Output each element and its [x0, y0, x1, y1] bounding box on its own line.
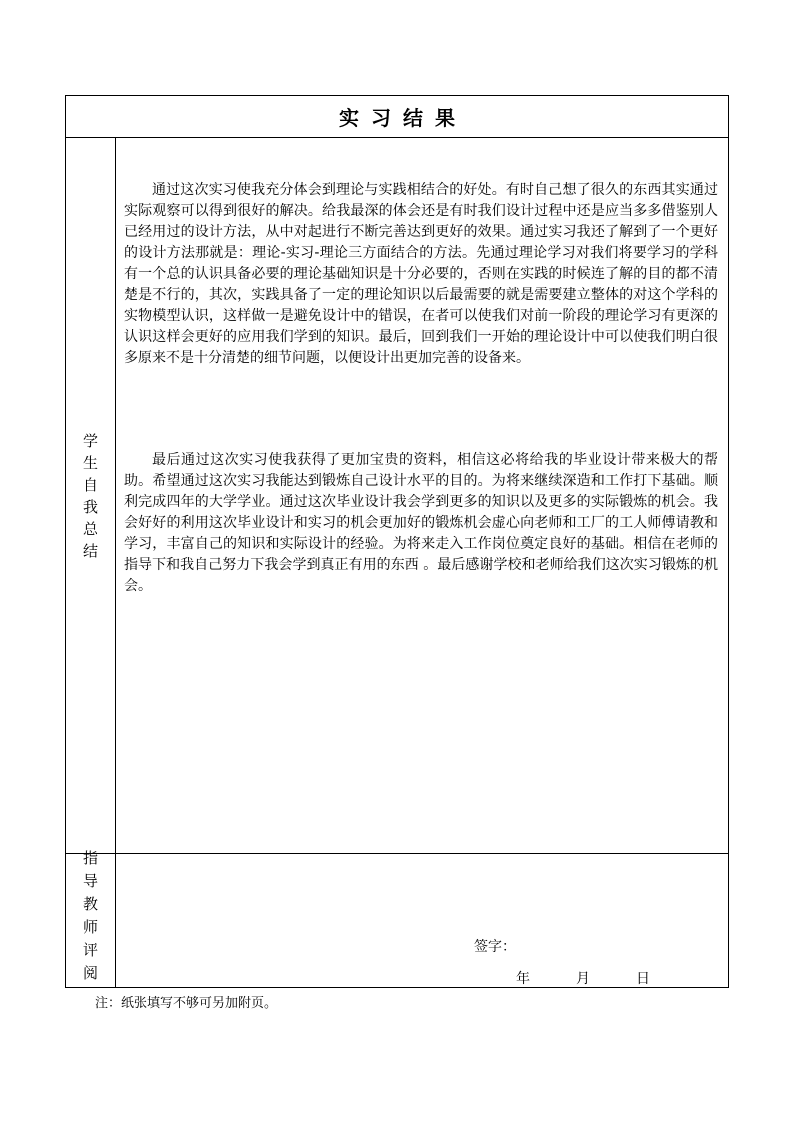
self-summary-label-cell: 学生自我总结 [66, 138, 116, 853]
page-title: 实习结果 [327, 102, 467, 131]
teacher-review-content: 签字： 年 月 日 [116, 854, 728, 987]
title-row: 实习结果 [66, 96, 728, 138]
teacher-review-label: 指导教师评阅 [83, 847, 99, 985]
summary-paragraph-1: 通过这次实习使我充分体会到理论与实践相结合的好处。有时自己想了很久的东西其实通过… [124, 180, 718, 369]
teacher-review-label-cell: 指导教师评阅 [66, 854, 116, 987]
self-summary-content: 通过这次实习使我充分体会到理论与实践相结合的好处。有时自己想了很久的东西其实通过… [116, 138, 728, 853]
month-label: 月 [576, 968, 636, 988]
internship-result-table: 实习结果 学生自我总结 通过这次实习使我充分体会到理论与实践相结合的好处。有时自… [65, 95, 729, 988]
day-label: 日 [636, 968, 696, 988]
self-summary-row: 学生自我总结 通过这次实习使我充分体会到理论与实践相结合的好处。有时自己想了很久… [66, 138, 728, 854]
year-label: 年 [516, 968, 576, 988]
footnote: 注：纸张填写不够可另加附页。 [95, 992, 277, 1011]
summary-paragraph-2: 最后通过这次实习使我获得了更加宝贵的资料，相信这必将给我的毕业设计带来极大的帮助… [124, 450, 718, 597]
teacher-review-row: 指导教师评阅 签字： 年 月 日 [66, 854, 728, 987]
self-summary-label: 学生自我总结 [83, 430, 99, 562]
date-line: 年 月 日 [516, 968, 696, 988]
signature-label: 签字： [474, 936, 516, 956]
